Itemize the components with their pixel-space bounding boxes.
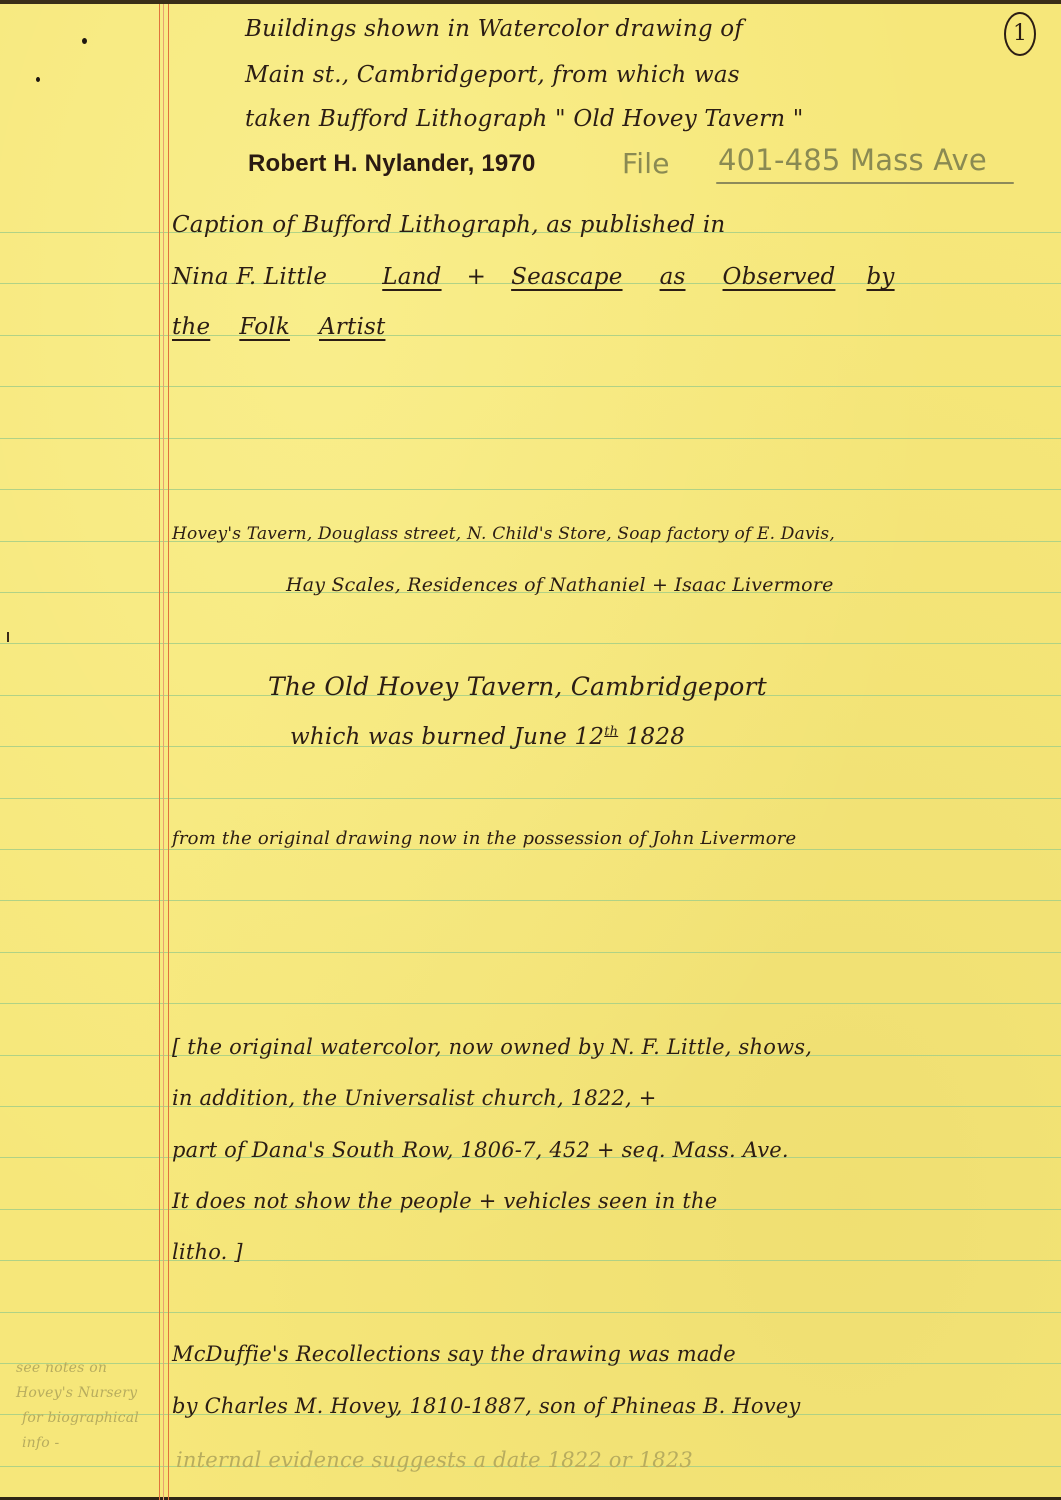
attribution-line: by Charles M. Hovey, 1810-1887, son of P…	[172, 1394, 801, 1418]
watercolor-line: litho. ]	[172, 1240, 243, 1264]
book-title-word: Seascape	[511, 264, 622, 290]
pencil-note: internal evidence suggests a date 1822 o…	[176, 1448, 693, 1472]
ink-dot	[36, 77, 40, 82]
ink-dot	[82, 38, 87, 44]
book-title-word: Folk	[239, 314, 290, 340]
book-title-word: +	[467, 264, 486, 290]
file-reference: 401-485 Mass Ave	[718, 143, 987, 177]
caption-date-prefix: which was burned June 12	[290, 724, 604, 750]
caption-line: The Old Hovey Tavern, Cambridgeport	[268, 672, 767, 701]
watercolor-line: [ the original watercolor, now owned by …	[172, 1035, 812, 1059]
caption-intro-line: Caption of Bufford Lithograph, as publis…	[172, 212, 725, 238]
book-title-word: Artist	[319, 314, 385, 340]
buildings-line: Hovey's Tavern, Douglass street, N. Chil…	[172, 524, 835, 544]
ink-mark	[7, 632, 9, 642]
page-number: 1	[1004, 12, 1036, 56]
margin-line	[163, 0, 164, 1500]
book-title-word: Land	[382, 264, 441, 290]
book-title-line: Nina F. Little Land + Seascape as Observ…	[172, 264, 895, 290]
book-title-word: Observed	[723, 264, 836, 290]
title-line: Buildings shown in Watercolor drawing of	[245, 16, 743, 42]
file-underline	[716, 182, 1014, 184]
file-label: File	[622, 147, 670, 180]
margin-line	[168, 0, 169, 1500]
margin-line	[159, 0, 160, 1500]
book-title-line: the Folk Artist	[172, 314, 385, 340]
book-title-word: as	[660, 264, 686, 290]
author-signature: Robert H. Nylander, 1970	[248, 150, 536, 178]
book-title-word: the	[172, 314, 210, 340]
watercolor-line: part of Dana's South Row, 1806-7, 452 + …	[172, 1138, 789, 1162]
book-title-word: by	[866, 264, 894, 290]
watercolor-line: It does not show the people + vehicles s…	[172, 1189, 717, 1213]
margin-note-line: Hovey's Nursery	[16, 1385, 137, 1401]
source-note: from the original drawing now in the pos…	[172, 828, 796, 849]
watercolor-line: in addition, the Universalist church, 18…	[172, 1086, 657, 1110]
caption-date-suffix: 1828	[618, 724, 685, 750]
legal-pad-page: 1 Buildings shown in Watercolor drawing …	[0, 0, 1061, 1500]
title-line: Main st., Cambridgeport, from which was	[245, 62, 740, 88]
attribution-line: McDuffie's Recollections say the drawing…	[172, 1342, 736, 1366]
margin-note-line: for biographical	[22, 1410, 139, 1426]
buildings-line: Hay Scales, Residences of Nathaniel + Is…	[286, 574, 834, 596]
margin-note-line: info -	[22, 1435, 60, 1451]
margin-note-line: see notes on	[16, 1360, 107, 1376]
caption-date-superscript: th	[604, 724, 618, 739]
caption-line: which was burned June 12th 1828	[290, 724, 685, 750]
author-name: Nina F. Little	[172, 264, 327, 290]
title-line: taken Bufford Lithograph " Old Hovey Tav…	[245, 106, 804, 132]
